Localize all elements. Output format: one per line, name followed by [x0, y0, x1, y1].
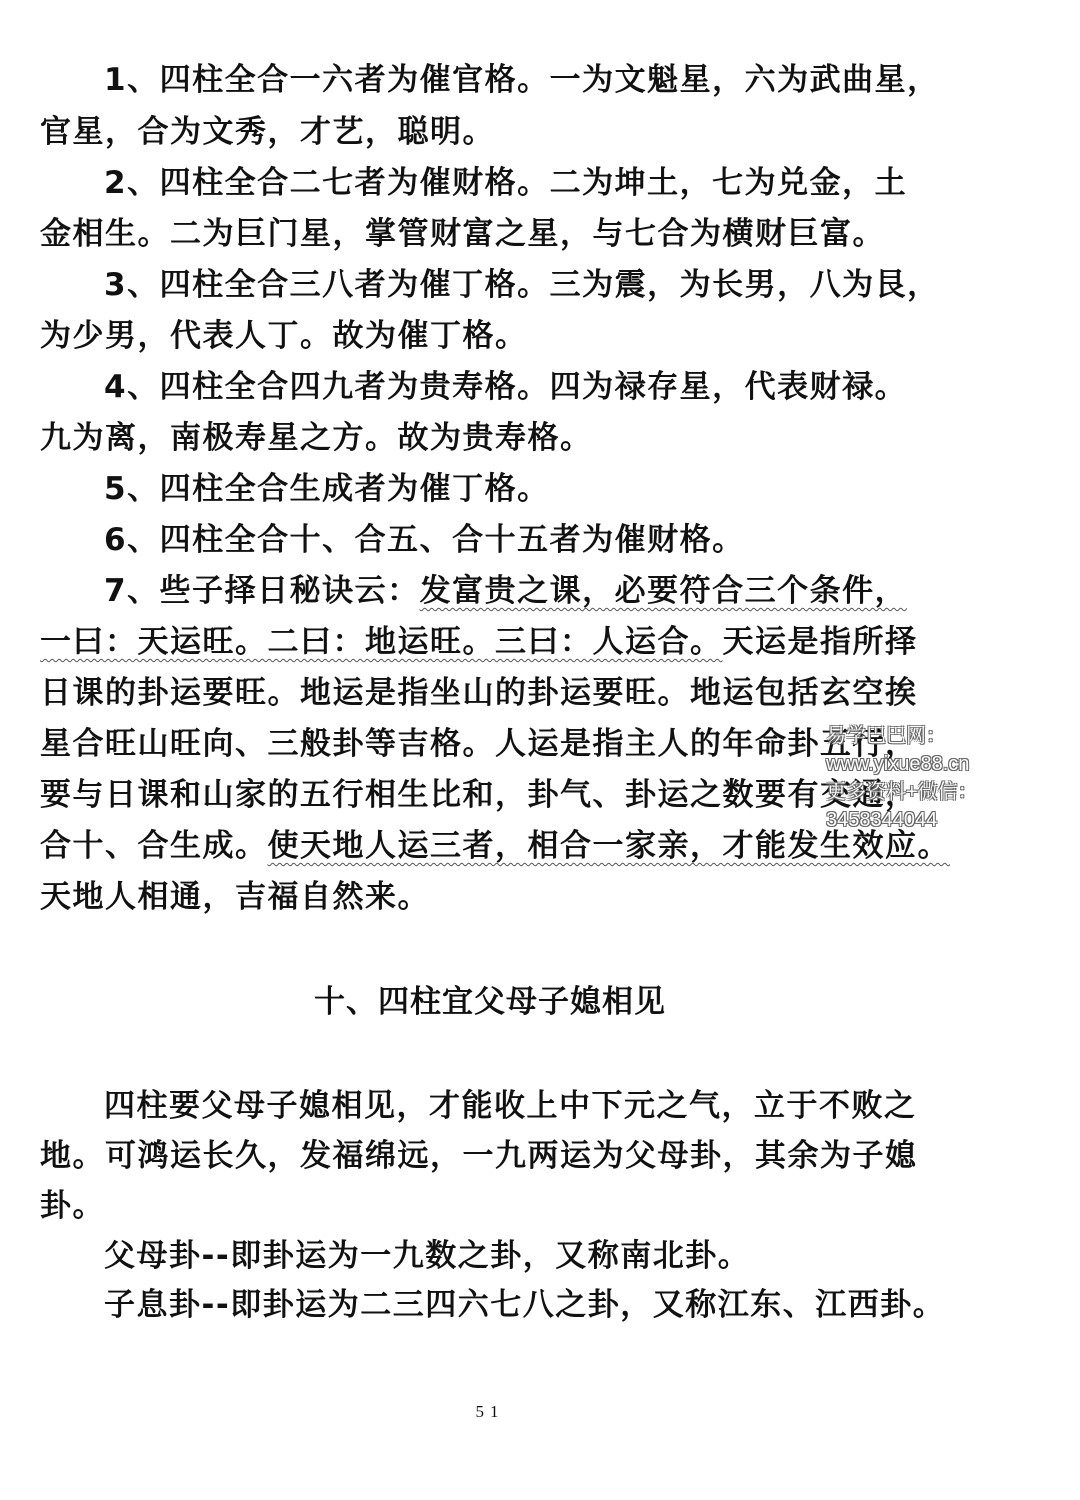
item-7-line-7: 天地人相通，吉福自然来。 [40, 877, 430, 917]
watermark-line-1: 易学巴巴网：www.yixue88.cn [826, 722, 1080, 778]
section-heading: 十、四柱宜父母子媳相见 [0, 982, 980, 1022]
item-7-line-6: 合十、合生成。使天地人运三者，相合一家亲，才能发生效应。 [40, 826, 950, 866]
item-7-underlined-text: 一曰：天运旺。二曰：地运旺。三曰：人运合。 [40, 624, 723, 660]
item-2-line-2: 金相生。二为巨门星，掌管财富之星，与七合为横财巨富。 [40, 214, 885, 254]
item-7-text: 合十、合生成。 [40, 828, 268, 864]
item-7-line-5: 要与日课和山家的五行相生比和，卦气、卦运之数要有交通， [40, 775, 918, 815]
item-5-line: 5、四柱全合生成者为催丁格。 [104, 469, 550, 509]
item-7-text: 天运是指所择 [723, 624, 918, 660]
item-7-line-3: 日课的卦运要旺。地运是指坐山的卦运要旺。地运包括玄空挨 [40, 673, 918, 713]
watermark-line-2: 更多资料+微信：3458344044 [826, 778, 1080, 834]
item-7-line-4: 星合旺山旺向、三般卦等吉格。人运是指主人的年命卦五行， [40, 724, 918, 764]
section-para-3: 子息卦--即卦运为二三四六七八之卦，又称江东、江西卦。 [104, 1285, 945, 1325]
watermark: 易学巴巴网：www.yixue88.cn 更多资料+微信：3458344044 [826, 722, 1080, 834]
item-7-underlined-text: 发富贵之课，必要符合三个条件， [420, 573, 908, 609]
item-1-line-2: 官星，合为文秀，才艺，聪明。 [40, 112, 495, 152]
section-para-1-line-1: 四柱要父母子媳相见，才能收上中下元之气，立于不败之 [104, 1086, 917, 1126]
item-7-line-2: 一曰：天运旺。二曰：地运旺。三曰：人运合。天运是指所择 [40, 622, 918, 662]
section-para-1-line-2: 地。可鸿运长久，发福绵远，一九两运为父母卦，其余为子媳 [40, 1136, 918, 1176]
section-para-2: 父母卦--即卦运为一九数之卦，又称南北卦。 [104, 1236, 750, 1276]
item-4-line-2: 九为离，南极寿星之方。故为贵寿格。 [40, 418, 593, 458]
item-4-line-1: 4、四柱全合四九者为贵寿格。四为禄存星，代表财禄。 [104, 367, 907, 407]
item-7-lead: 7、些子择日秘诀云： [104, 573, 420, 609]
page-number: 51 [0, 1402, 980, 1422]
item-3-line-1: 3、四柱全合三八者为催丁格。三为震，为长男，八为艮， [104, 265, 940, 305]
item-2-line-1: 2、四柱全合二七者为催财格。二为坤土，七为兑金，土 [104, 163, 907, 203]
item-1-line-1: 1、四柱全合一六者为催官格。一为文魁星，六为武曲星， [104, 60, 940, 100]
item-7-line-1: 7、些子择日秘诀云：发富贵之课，必要符合三个条件， [104, 571, 907, 611]
section-para-1-line-3: 卦。 [40, 1186, 105, 1226]
item-6-line: 6、四柱全合十、合五、合十五者为催财格。 [104, 520, 745, 560]
item-3-line-2: 为少男，代表人丁。故为催丁格。 [40, 316, 528, 356]
